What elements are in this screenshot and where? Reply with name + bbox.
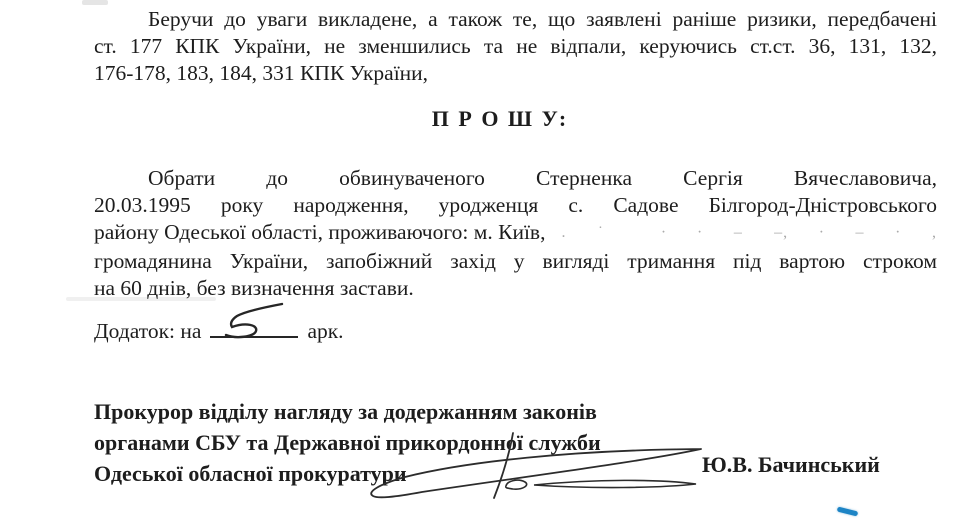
- text-line: Обрати до обвинуваченого Стерненка Сергі…: [94, 165, 937, 192]
- text-line: громадянина України, запобіжний захід у …: [94, 248, 937, 275]
- signature-stroke: [360, 428, 710, 510]
- text-line: 176-178, 183, 184, 331 КПК України,: [94, 60, 937, 87]
- handwritten-five: [218, 297, 290, 345]
- blue-pen-mark: [837, 507, 859, 517]
- text-line: Беручи до уваги викладене, а також те, щ…: [94, 6, 937, 33]
- text-line: району Одеської області, проживаючого: м…: [94, 219, 545, 246]
- attachment-line: Додаток: наарк.: [94, 319, 344, 344]
- paragraph-intro: Беручи до уваги викладене, а також те, щ…: [94, 6, 937, 87]
- text-line: 20.03.1995 року народження, уродженця с.…: [94, 192, 937, 219]
- redacted-address-marks: . ˙ ∙ ∙ – –, ∙ – ∙ ,: [545, 219, 937, 246]
- blank-underline: [210, 333, 298, 338]
- attachment-prefix: Додаток: на: [94, 319, 201, 343]
- document-page: { "doc": { "paragraph_intro": { "lines":…: [0, 0, 960, 526]
- scan-smudge-top: [82, 0, 108, 5]
- petition-heading: П Р О Ш У:: [94, 106, 906, 132]
- text-line-redacted: району Одеської області, проживаючого: м…: [94, 219, 937, 248]
- paragraph-request: Обрати до обвинуваченого Стерненка Сергі…: [94, 165, 937, 302]
- attachment-suffix: арк.: [307, 319, 343, 343]
- signer-name: Ю.В. Бачинський: [702, 452, 880, 478]
- text-line: ст. 177 КПК України, не зменшились та не…: [94, 33, 937, 60]
- text-line: Прокурор відділу нагляду за додержанням …: [94, 396, 674, 427]
